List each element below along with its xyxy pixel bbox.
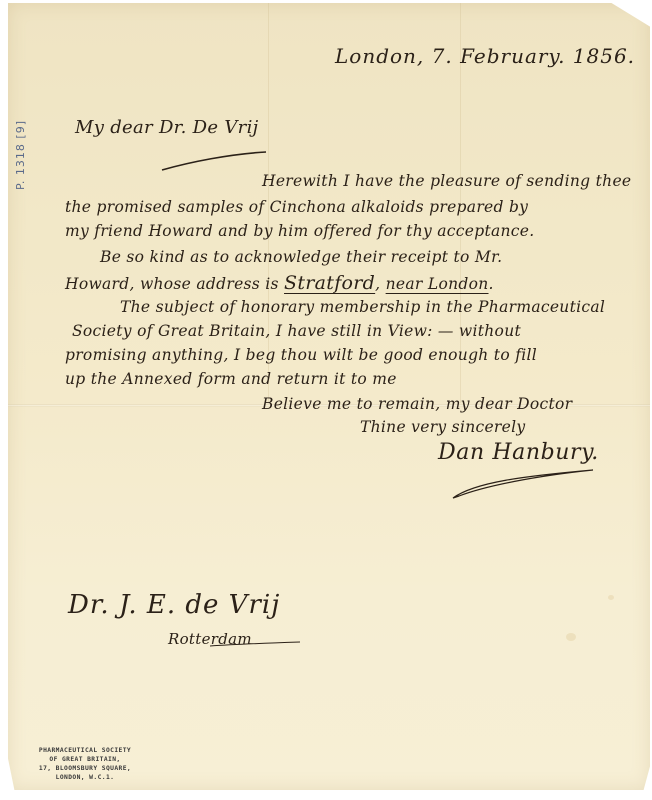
address-separator: ,	[375, 275, 385, 293]
body-line: my friend Howard and by him offered for …	[65, 222, 535, 240]
paper-stain	[566, 633, 576, 641]
salutation-flourish	[160, 150, 268, 172]
address-prefix: Howard, whose address is	[65, 275, 284, 293]
address-place: Stratford	[284, 272, 375, 294]
stamp-line: 17, BLOOMSBURY SQUARE,	[30, 764, 140, 773]
signature-flourish	[445, 462, 595, 502]
closing-line: Believe me to remain, my dear Doctor	[262, 395, 572, 413]
archive-reference-mark: P. 1318 [9]	[14, 120, 27, 190]
stamp-line: OF GREAT BRITAIN,	[30, 755, 140, 764]
body-line: Society of Great Britain, I have still i…	[72, 322, 521, 340]
city-flourish	[210, 640, 300, 650]
body-line: up the Annexed form and return it to me	[65, 370, 397, 388]
paper-stain	[608, 595, 614, 600]
body-line: The subject of honorary membership in th…	[120, 298, 605, 316]
letter-date: London, 7. February. 1856.	[335, 44, 635, 68]
body-line: Be so kind as to acknowledge their recei…	[100, 248, 502, 266]
stamp-line: PHARMACEUTICAL SOCIETY	[30, 746, 140, 755]
body-line: the promised samples of Cinchona alkaloi…	[65, 198, 528, 216]
addressee-name: Dr. J. E. de Vrij	[68, 590, 280, 620]
salutation: My dear Dr. De Vrij	[75, 117, 259, 138]
closing-line: Thine very sincerely	[360, 418, 525, 436]
address-suffix: near London	[386, 275, 489, 293]
body-line: promising anything, I beg thou wilt be g…	[65, 346, 537, 364]
body-line: Herewith I have the pleasure of sending …	[262, 172, 631, 190]
society-stamp: PHARMACEUTICAL SOCIETY OF GREAT BRITAIN,…	[30, 746, 140, 782]
address-end: .	[489, 275, 494, 293]
body-line-address: Howard, whose address is Stratford, near…	[65, 272, 494, 294]
stamp-line: LONDON, W.C.1.	[30, 773, 140, 782]
